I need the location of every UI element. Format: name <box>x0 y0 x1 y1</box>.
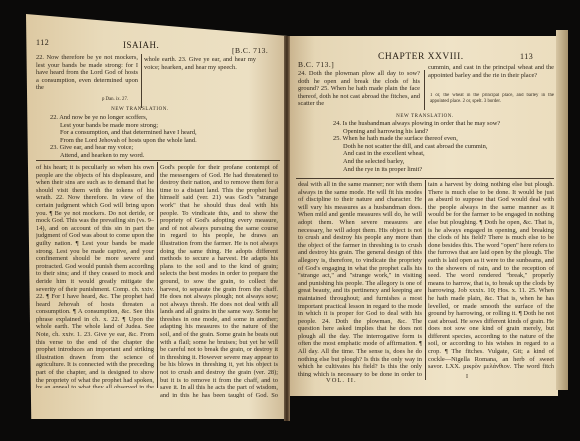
left-new-translation-label: NEW TRANSLATION. <box>80 107 200 112</box>
translation-line: And the selected barley, <box>333 158 558 166</box>
section-rule <box>296 178 554 179</box>
right-running-head: CHAPTER XXVIII. <box>378 52 464 62</box>
section-rule <box>36 160 280 161</box>
page-edges <box>556 30 568 390</box>
left-running-head: ISAIAH. <box>123 40 159 50</box>
open-book-photo: 112 ISAIAH. [B.C. 713. 22. Now therefore… <box>0 0 580 441</box>
left-footnote: p Dan. ix. 27. <box>90 97 140 103</box>
column-divider <box>424 70 425 110</box>
column-divider <box>425 180 426 380</box>
left-commentary-col1: of his heart; it is peculiarly so when h… <box>36 164 154 388</box>
translation-line: For a consumption, and that determined h… <box>50 129 270 137</box>
translation-line: 24. Is the husbandman always plowing in … <box>333 120 558 128</box>
translation-line: 25. When he hath made the surface thereo… <box>333 135 558 143</box>
translation-line: 23. Give ear, and hear my voice; <box>50 144 270 152</box>
right-commentary-col1: deal with all in the same manner; nor wi… <box>298 181 422 377</box>
right-commentary-col2: tain a harvest by doing nothing else but… <box>428 181 554 371</box>
left-date: [B.C. 713. <box>232 46 268 55</box>
book-gutter <box>284 36 290 421</box>
left-translation: 22. And now be ye no longer scoffers, Le… <box>50 114 270 160</box>
left-page-number: 112 <box>36 38 49 47</box>
translation-line: And cast in the excellent wheat, <box>333 150 558 158</box>
right-translation: 24. Is the husbandman always plowing in … <box>333 120 558 173</box>
column-divider <box>141 54 142 108</box>
signature-mark: I <box>466 374 469 380</box>
left-scripture-col2: whole earth. 23. Give ye ear, and hear m… <box>144 56 256 90</box>
signature-vol: VOL. II. <box>326 377 357 384</box>
translation-line: Lest your bands be made more strong; <box>50 122 270 130</box>
translation-line: Opening and harrowing his land? <box>333 128 558 136</box>
left-scripture-col1: 22. Now therefore be ye not mockers, les… <box>36 54 138 96</box>
translation-line: Attend, and hearken to my word. <box>50 152 270 160</box>
right-scripture-col2: cummin, and cast in the principal wheat … <box>428 64 554 90</box>
column-divider <box>157 162 158 388</box>
right-page-number: 113 <box>520 52 533 61</box>
right-scripture-col1: 24. Doth the plowman plow all day to sow… <box>298 70 420 110</box>
left-commentary-col2: God's people for their profane contempt … <box>160 164 278 398</box>
translation-line: And the rye in its proper limit? <box>333 166 558 174</box>
right-new-translation-label: NEW TRANSLATION. <box>360 114 490 119</box>
translation-line: 22. And now be ye no longer scoffers, <box>50 114 270 122</box>
translation-line: From the Lord Jehovah of hosts upon the … <box>50 137 270 145</box>
right-date: B.C. 713.] <box>298 60 334 69</box>
translation-line: Doth he not scatter the dill, and cast a… <box>333 143 558 151</box>
right-footnotes: 1 or, the wheat in the principal place, … <box>430 93 554 107</box>
